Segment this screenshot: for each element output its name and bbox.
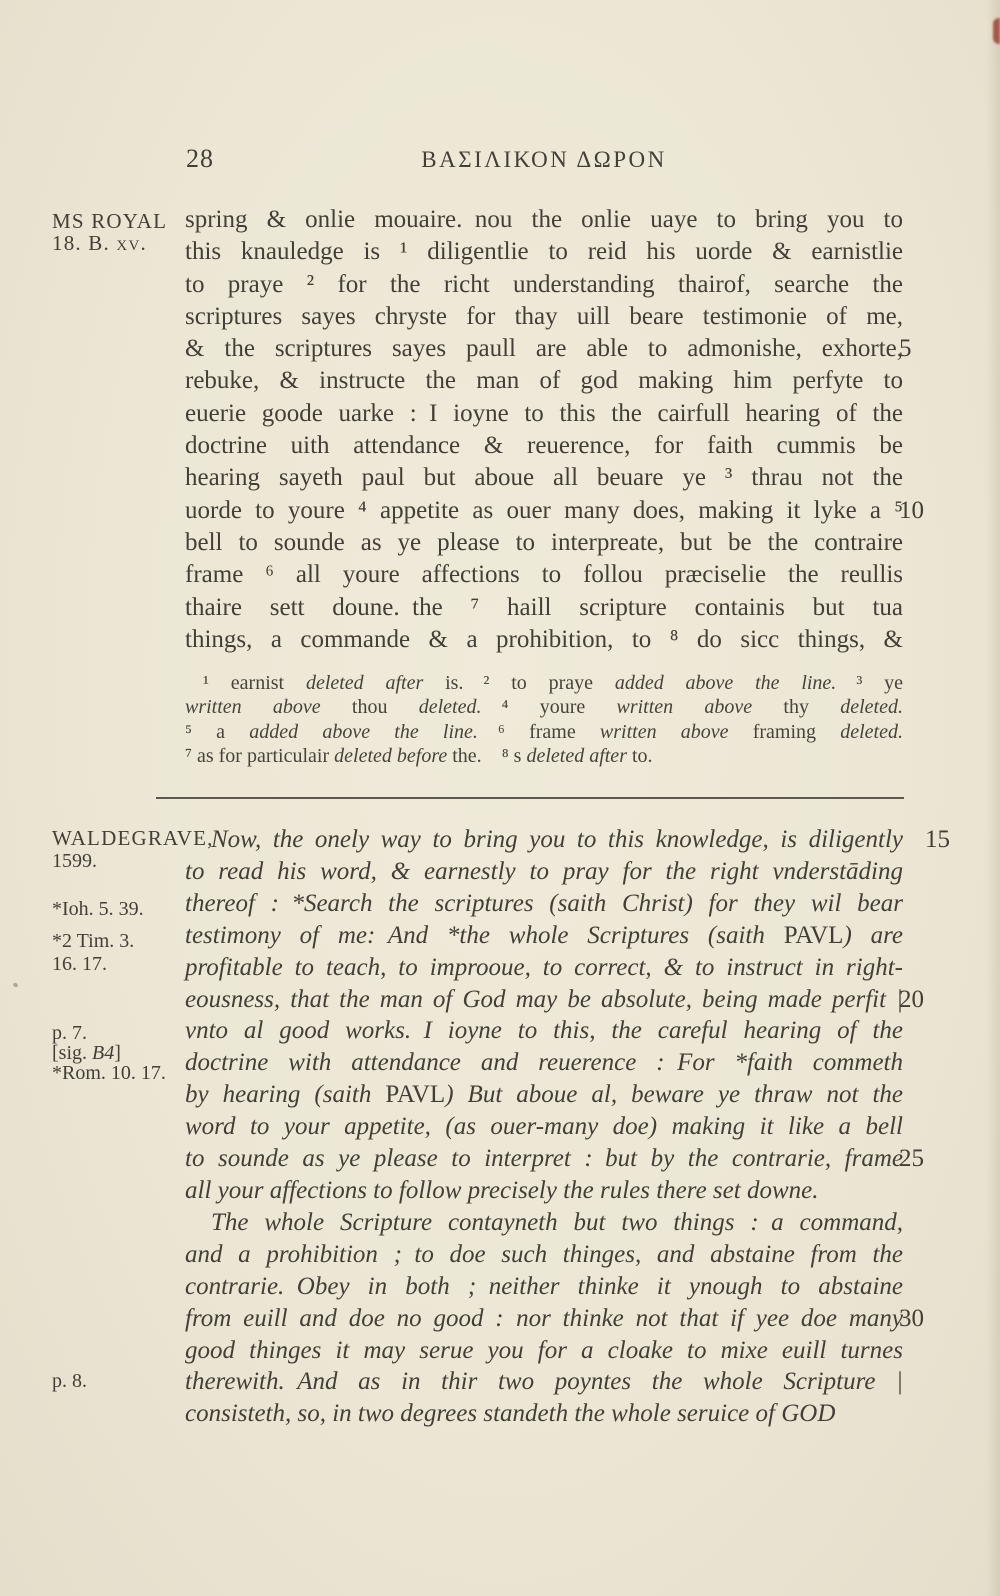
text-segment: bell to sounde as ye please to interprea… xyxy=(185,529,903,556)
text-line: therewith. And as in thir two poyntes th… xyxy=(185,1366,903,1398)
text-line: by hearing (saith PAVL) But aboue al, be… xyxy=(185,1079,903,1111)
text-segment xyxy=(478,721,498,743)
line-number: 15 xyxy=(899,824,945,856)
footnotes: ¹ earnist deleted after is. ² to praye a… xyxy=(185,671,903,769)
text-line: spring & onlie mouaire. nou the onlie ua… xyxy=(185,204,903,236)
ms-royal-transcription: spring & onlie mouaire. nou the onlie ua… xyxy=(185,204,903,656)
text-segment: added above the line. xyxy=(615,672,836,694)
margin-note: MS ROYAL xyxy=(52,210,192,232)
text-segment: is. xyxy=(423,672,483,694)
text-segment: profitable to teach, to improoue, to cor… xyxy=(185,954,903,981)
section-divider-rule xyxy=(156,797,904,799)
text-segment: written above xyxy=(617,696,753,718)
text-segment: framing xyxy=(729,721,841,743)
margin-note: 18. B. xv. xyxy=(52,232,192,254)
text-segment: thaire sett doune. the ⁷ haill scripture… xyxy=(185,594,903,621)
text-segment: deleted. xyxy=(840,721,903,743)
text-segment: ⁸ s xyxy=(502,745,527,767)
text-line: and a prohibition ; to doe such thinges,… xyxy=(185,1239,903,1271)
text-segment: *Ioh. 5. 39. xyxy=(52,898,144,920)
text-line: word to your appetite, (as ouer-many doe… xyxy=(185,1111,903,1143)
text-segment: 18. B. xv. xyxy=(52,231,147,255)
text-segment: to read his word, & earnestly to pray fo… xyxy=(185,858,903,885)
text-line: ⁷ as for particulair deleted before the.… xyxy=(185,744,903,768)
text-segment: thou xyxy=(321,696,419,718)
text-segment: rebuke, & instructe the man of god makin… xyxy=(185,367,903,394)
book-page-scan: 28 ΒΑΣΙΛΙΚΟΝ ΔΩΡΟΝ MS ROYAL18. B. xv.WAL… xyxy=(0,0,1000,1596)
text-segment: & the scriptures sayes paull are able to… xyxy=(185,335,903,362)
text-segment: spring & onlie mouaire. nou the onlie ua… xyxy=(185,206,903,233)
margin-note: [sig. B4] xyxy=(52,1042,192,1064)
text-segment: The whole Scripture contayneth but two t… xyxy=(211,1209,903,1236)
text-segment: consisteth, so, in two degrees standeth … xyxy=(185,1400,835,1427)
text-segment xyxy=(836,672,856,694)
text-segment: PAVL xyxy=(385,1081,445,1108)
line-number: 10 xyxy=(899,495,945,527)
text-segment: to. xyxy=(627,745,653,767)
text-line: doctrine with attendance and reuerence :… xyxy=(185,1047,903,1079)
text-segment: eousness, that the man of God may be abs… xyxy=(185,986,903,1013)
text-segment: ) But aboue al, beware ye thraw not the xyxy=(445,1081,903,1108)
margin-note: p. 7. xyxy=(52,1022,192,1044)
text-segment: good thinges it may serue you for a cloa… xyxy=(185,1337,903,1364)
text-line: frame ⁶ all youre affections to follou p… xyxy=(185,559,903,591)
text-line: all your affections to follow precisely … xyxy=(185,1175,903,1207)
text-segment: vnto al good works. I ioyne to this, the… xyxy=(185,1017,903,1044)
text-line: doctrine uith attendance & reuerence, fo… xyxy=(185,430,903,462)
text-segment: ¹ earnist xyxy=(203,672,306,694)
text-line: uorde to youre ⁴ appetite as ouer many d… xyxy=(185,495,903,527)
margin-note: *Ioh. 5. 39. xyxy=(52,898,192,920)
text-line: The whole Scripture contayneth but two t… xyxy=(185,1207,903,1239)
text-line: Now, the onely way to bring you to this … xyxy=(185,824,903,856)
text-line: bell to sounde as ye please to interprea… xyxy=(185,527,903,559)
text-line: consisteth, so, in two degrees standeth … xyxy=(185,1398,903,1430)
margin-note: *Rom. 10. 17. xyxy=(52,1062,192,1084)
text-segment: uorde to youre ⁴ appetite as ouer many d… xyxy=(185,497,903,524)
text-segment: therewith. And as in thir two poyntes th… xyxy=(185,1368,903,1395)
text-segment: ⁷ as for particulair xyxy=(185,745,334,767)
margin-note: 1599. xyxy=(52,850,192,872)
text-segment: written above xyxy=(185,696,321,718)
text-line: contrarie. Obey in both ; neither thinke… xyxy=(185,1271,903,1303)
text-segment: *Rom. 10. 17. xyxy=(52,1062,166,1084)
text-segment: by hearing (saith xyxy=(185,1081,385,1108)
text-line: ⁵ a added above the line. ⁶ frame writte… xyxy=(185,720,903,744)
text-segment: to sounde as ye please to interpret : bu… xyxy=(185,1145,903,1172)
text-line: things, a commande & a prohibition, to ⁸… xyxy=(185,624,903,656)
text-segment: MS ROYAL xyxy=(52,209,167,233)
text-segment: scriptures sayes chryste for thay uill b… xyxy=(185,303,903,330)
text-line: to praye ² for the richt understanding t… xyxy=(185,269,903,301)
text-line: testimony of me: And *the whole Scriptur… xyxy=(185,920,903,952)
text-line: euerie goode uarke : I ioyne to this the… xyxy=(185,398,903,430)
text-line: scriptures sayes chryste for thay uill b… xyxy=(185,301,903,333)
text-segment: *2 Tim. 3. xyxy=(52,930,134,952)
text-segment: ⁴ youre xyxy=(501,696,616,718)
text-segment: B4 xyxy=(92,1042,114,1064)
text-line: from euill and doe no good : nor thinke … xyxy=(185,1303,903,1335)
text-line: thaire sett doune. the ⁷ haill scripture… xyxy=(185,592,903,624)
margin-note: 16. 17. xyxy=(52,953,192,975)
text-segment: this knauledge is ¹ diligentlie to reid … xyxy=(185,238,903,265)
text-segment: testimony of me: And *the whole Scriptur… xyxy=(185,922,784,949)
text-segment: doctrine uith attendance & reuerence, fo… xyxy=(185,432,903,459)
text-segment: thereof : *Search the scriptures (saith … xyxy=(185,890,903,917)
text-segment: euerie goode uarke : I ioyne to this the… xyxy=(185,400,903,427)
text-segment: deleted before xyxy=(334,745,447,767)
text-line: vnto al good works. I ioyne to this, the… xyxy=(185,1015,903,1047)
line-number: 30 xyxy=(899,1303,945,1335)
text-segment: deleted after xyxy=(526,745,627,767)
line-number: 20 xyxy=(899,984,945,1016)
running-title: ΒΑΣΙΛΙΚΟΝ ΔΩΡΟΝ xyxy=(185,147,903,173)
text-segment: Now, the onely way to bring you to this … xyxy=(211,826,903,853)
text-segment: 16. 17. xyxy=(52,953,107,975)
text-segment: deleted after xyxy=(306,672,423,694)
text-line: eousness, that the man of God may be abs… xyxy=(185,984,903,1016)
text-segment: ⁶ frame xyxy=(498,721,600,743)
text-line: profitable to teach, to improoue, to cor… xyxy=(185,952,903,984)
margin-note: WALDEGRAVE, xyxy=(52,827,192,849)
text-segment: deleted. xyxy=(840,696,903,718)
red-ink-mark xyxy=(993,18,1000,44)
text-segment: contrarie. Obey in both ; neither thinke… xyxy=(185,1273,903,1300)
text-line: to read his word, & earnestly to pray fo… xyxy=(185,856,903,888)
text-segment: 1599. xyxy=(52,850,97,872)
text-line: hearing sayeth paul but aboue all beuare… xyxy=(185,462,903,494)
text-line: written above thou deleted. ⁴ youre writ… xyxy=(185,695,903,719)
waldegrave-transcription: Now, the onely way to bring you to this … xyxy=(185,824,903,1430)
text-segment: hearing sayeth paul but aboue all beuare… xyxy=(185,464,903,491)
text-segment: ] xyxy=(114,1042,121,1064)
text-line: thereof : *Search the scriptures (saith … xyxy=(185,888,903,920)
text-segment: the. xyxy=(447,745,501,767)
text-segment: all your affections to follow precisely … xyxy=(185,1177,818,1204)
text-segment: deleted. xyxy=(419,696,482,718)
text-line: ¹ earnist deleted after is. ² to praye a… xyxy=(185,671,903,695)
text-segment: things, a commande & a prohibition, to ⁸… xyxy=(185,626,903,653)
text-segment: thy xyxy=(752,696,840,718)
text-segment: ³ ye xyxy=(856,672,903,694)
text-segment: from euill and doe no good : nor thinke … xyxy=(185,1305,903,1332)
text-segment xyxy=(481,696,501,718)
text-line: to sounde as ye please to interpret : bu… xyxy=(185,1143,903,1175)
text-segment: doctrine with attendance and reuerence :… xyxy=(185,1049,903,1076)
margin-note: p. 8. xyxy=(52,1370,192,1392)
text-segment: [sig. xyxy=(52,1042,92,1064)
text-segment: p. 8. xyxy=(52,1370,87,1392)
text-line: good thinges it may serue you for a cloa… xyxy=(185,1335,903,1367)
text-segment: written above xyxy=(600,721,729,743)
text-segment: ⁵ a xyxy=(185,721,249,743)
text-segment: added above the line. xyxy=(249,721,478,743)
text-segment: ) are xyxy=(843,922,903,949)
text-segment: PAVL xyxy=(784,922,844,949)
line-number: 25 xyxy=(899,1143,945,1175)
text-segment: frame ⁶ all youre affections to follou p… xyxy=(185,561,903,588)
line-number: 5 xyxy=(899,333,945,365)
text-segment: and a prohibition ; to doe such thinges,… xyxy=(185,1241,903,1268)
text-line: rebuke, & instructe the man of god makin… xyxy=(185,365,903,397)
text-line: & the scriptures sayes paull are able to… xyxy=(185,333,903,365)
text-segment: ² to praye xyxy=(483,672,614,694)
margin-note: *2 Tim. 3. xyxy=(52,930,192,952)
text-line: this knauledge is ¹ diligentlie to reid … xyxy=(185,236,903,268)
text-segment: word to your appetite, (as ouer-many doe… xyxy=(185,1113,903,1140)
paper-speck xyxy=(12,982,18,988)
text-segment: to praye ² for the richt understanding t… xyxy=(185,271,903,298)
text-segment: p. 7. xyxy=(52,1022,87,1044)
